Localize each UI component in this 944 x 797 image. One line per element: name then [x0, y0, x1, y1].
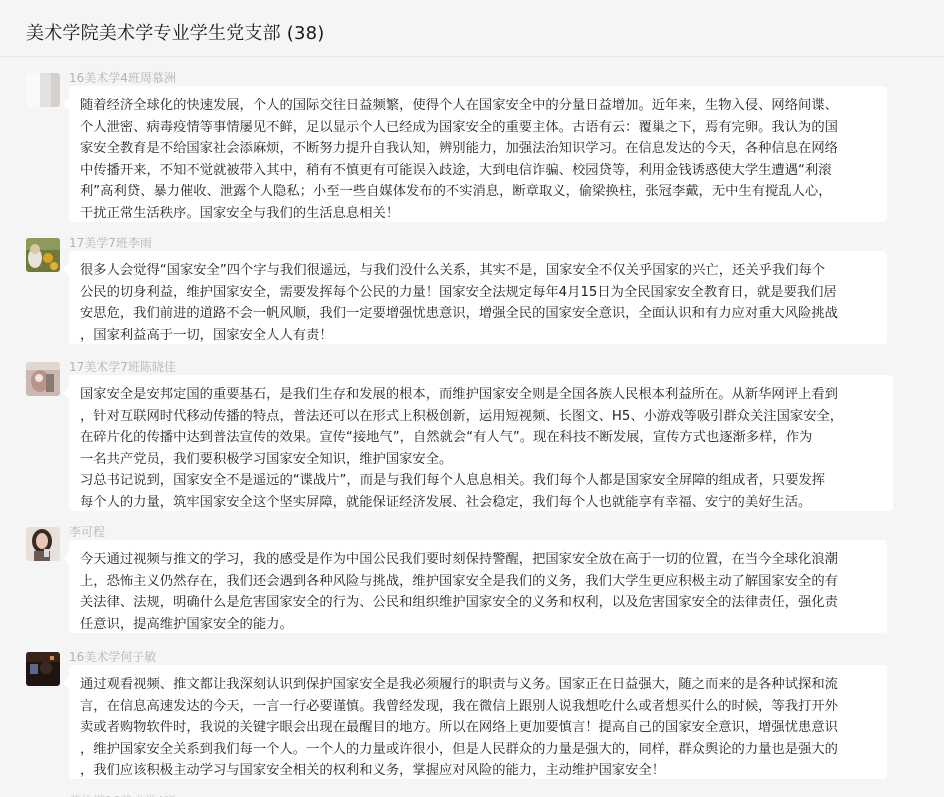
avatar[interactable]	[26, 73, 60, 107]
avatar[interactable]	[26, 362, 60, 396]
dark-photo-icon	[26, 652, 60, 686]
girl-photo-icon	[26, 527, 60, 561]
message-bubble[interactable]: 今天通过视频与推文的学习，我的感受是作为中国公民我们要时刻保持警醒，把国家安全放…	[69, 540, 887, 633]
message-bubble[interactable]: 通过观看视频、推文都让我深刻认识到保护国家安全是我必须履行的职责与义务。国家正在…	[69, 665, 887, 779]
hand-photo-icon	[26, 362, 60, 396]
avatar[interactable]	[26, 527, 60, 561]
avatar[interactable]	[26, 652, 60, 686]
blank-avatar-icon	[26, 73, 60, 107]
group-chat-title: 美术学院美术学专业学生党支部 (38)	[26, 19, 324, 45]
message-bubble[interactable]: 随着经济全球化的快速发展，个人的国际交往日益频繁，使得个人在国家安全中的分量日益…	[69, 86, 887, 222]
message-bubble[interactable]: 很多人会觉得“国家安全”四个字与我们很遥远，与我们没什么关系，其实不是，国家安全…	[69, 251, 887, 344]
sender-name: 17美术学7班陈晓佳	[69, 358, 176, 375]
message-bubble[interactable]: 国家安全是安邦定国的重要基石，是我们生存和发展的根本，而维护国家安全则是全国各族…	[69, 375, 893, 511]
chat-header: 美术学院美术学专业学生党支部 (38)	[0, 0, 944, 57]
sender-name: 16美术学何子敏	[69, 648, 156, 665]
sender-name: 16美术学4班周慕洲	[69, 69, 176, 86]
sender-name: 17美学7班李雨	[69, 234, 152, 251]
sunflower-photo-icon	[26, 238, 60, 272]
sender-name-partial: 黄汝滢16美术学4班	[69, 792, 176, 797]
sender-name: 李可程	[69, 523, 105, 540]
avatar[interactable]	[26, 238, 60, 272]
